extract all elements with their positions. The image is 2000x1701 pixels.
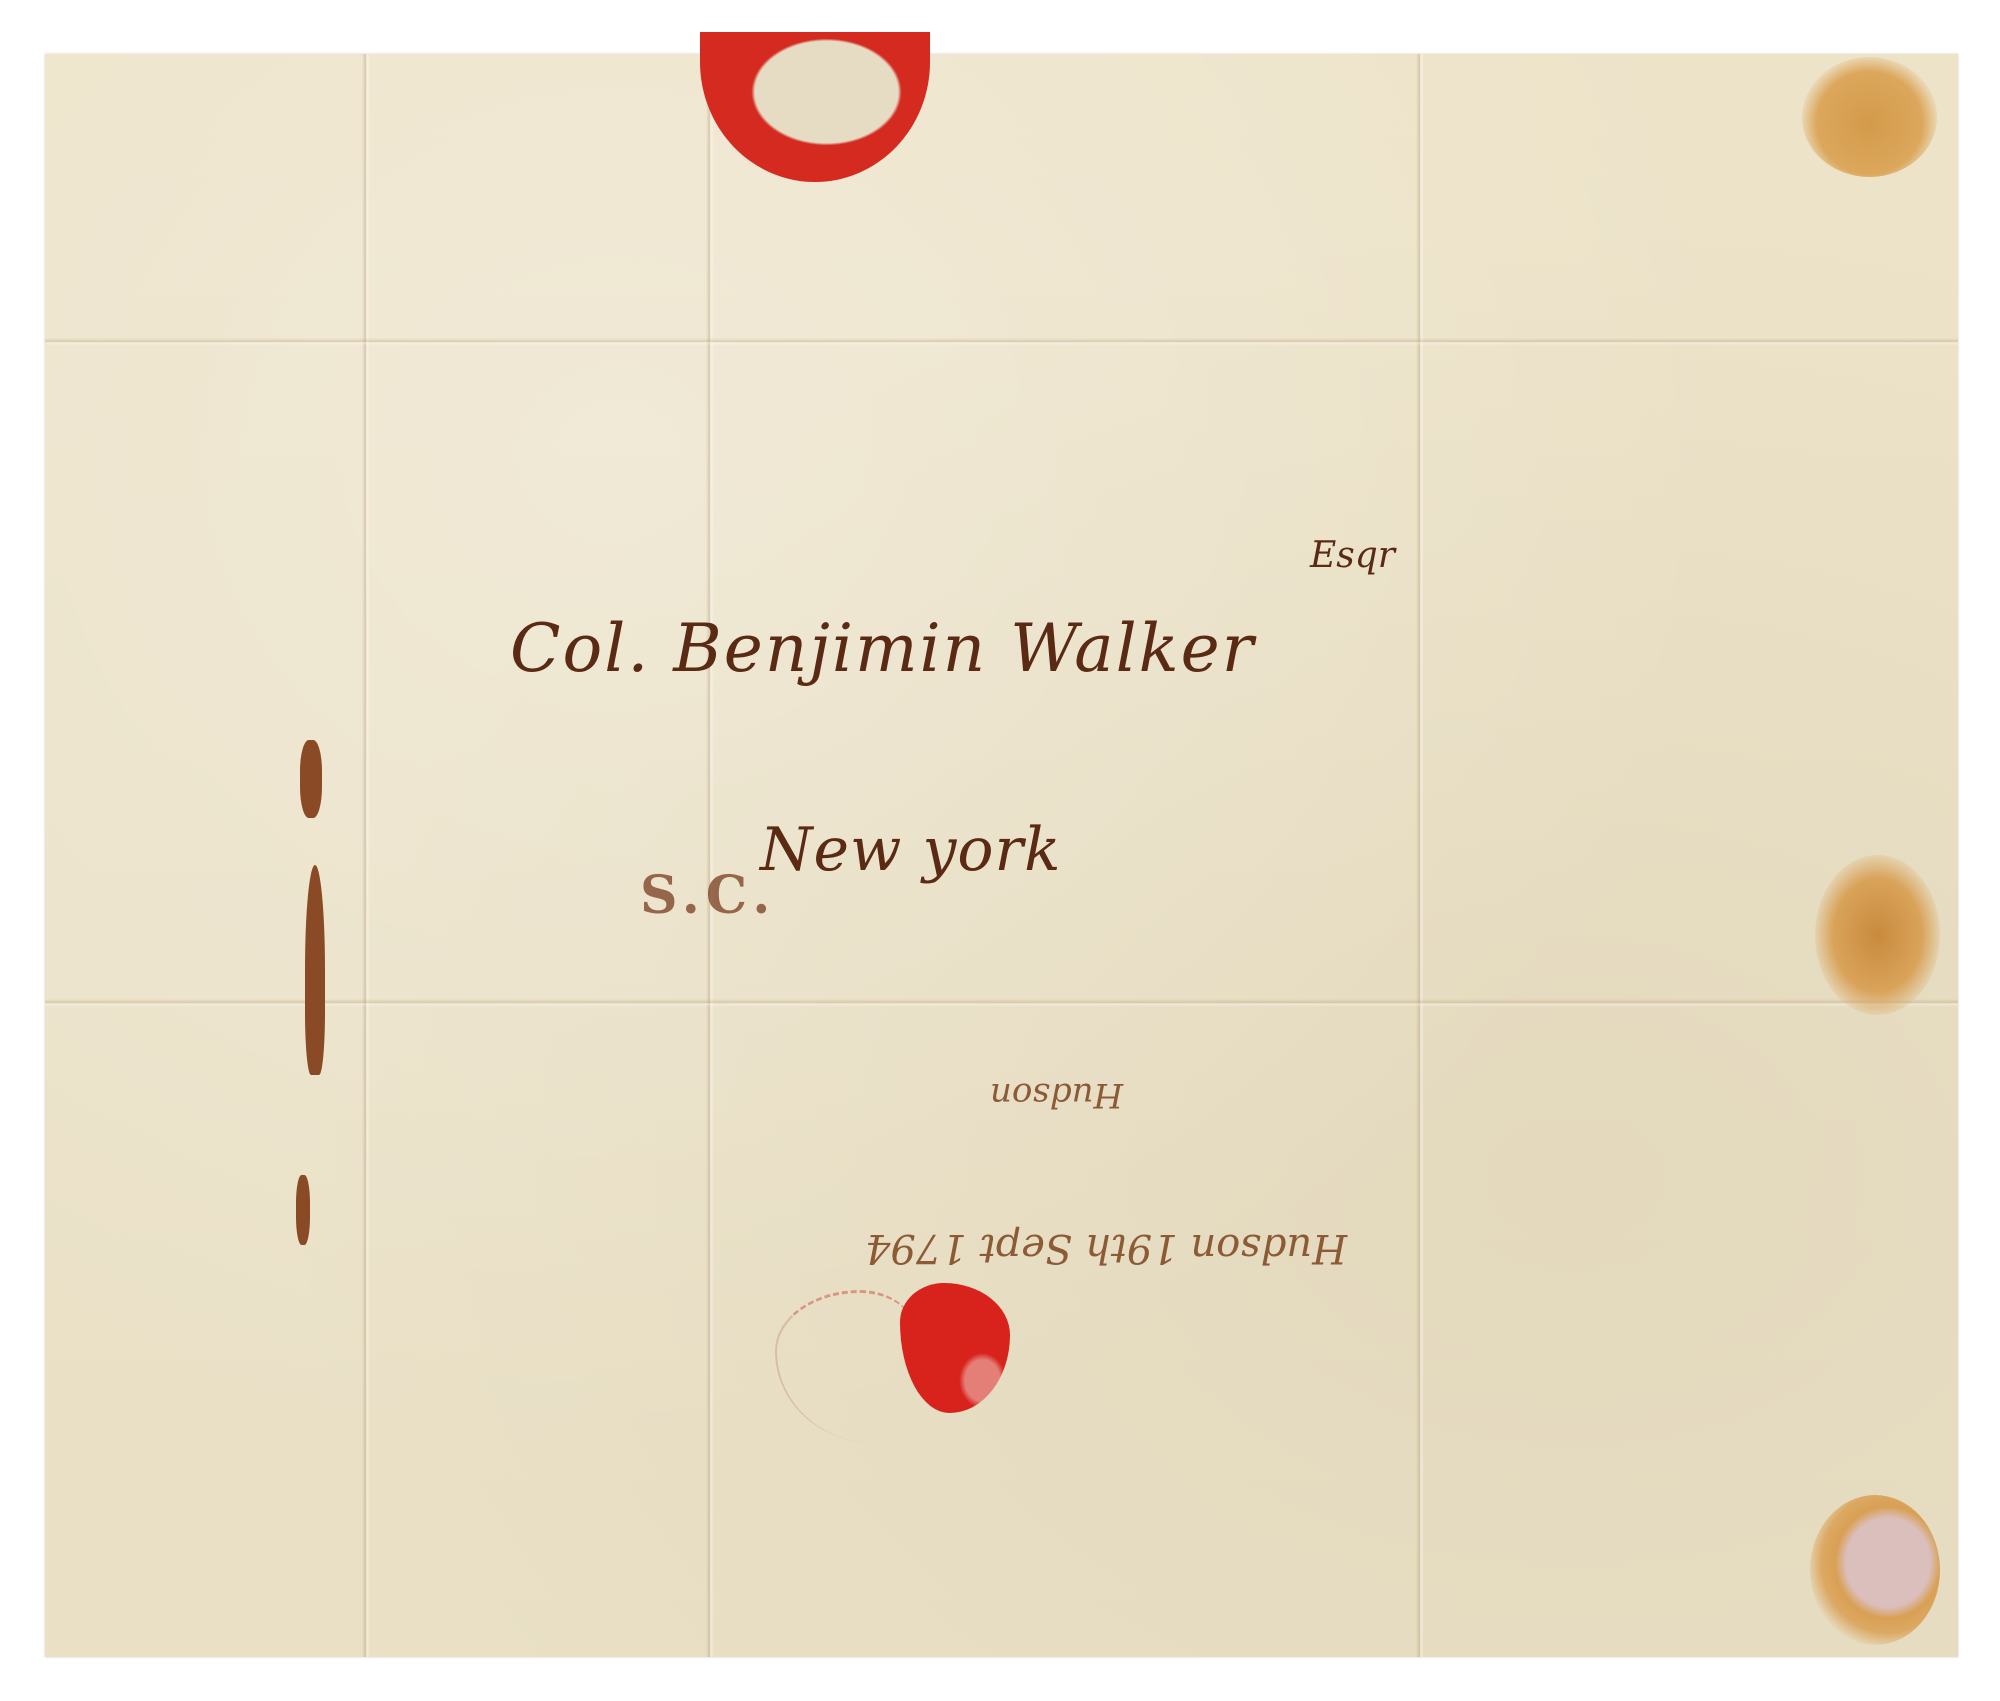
- address-city: New york: [760, 815, 1062, 885]
- stain-top-right: [1802, 57, 1937, 177]
- ink-drip: [305, 865, 325, 1075]
- stain-bottom-right: [1810, 1495, 1940, 1645]
- docket-signature: Hudson: [990, 1075, 1123, 1115]
- ink-drip: [296, 1175, 310, 1245]
- fold-line: [1416, 54, 1424, 1657]
- postmark: S.C.: [640, 865, 776, 926]
- fold-line: [362, 54, 370, 1657]
- docket-date-line: Hudson 19th Sept 1794: [865, 1225, 1347, 1271]
- fold-line: [45, 999, 1958, 1007]
- addressee-name: Col. Benjimin Walker: [510, 610, 1255, 687]
- fold-line: [706, 54, 714, 1657]
- fold-line: [45, 338, 1958, 346]
- addressee-honorific: Esqr: [1310, 535, 1395, 576]
- stain-mid-right: [1815, 855, 1940, 1015]
- ink-drip: [300, 740, 322, 818]
